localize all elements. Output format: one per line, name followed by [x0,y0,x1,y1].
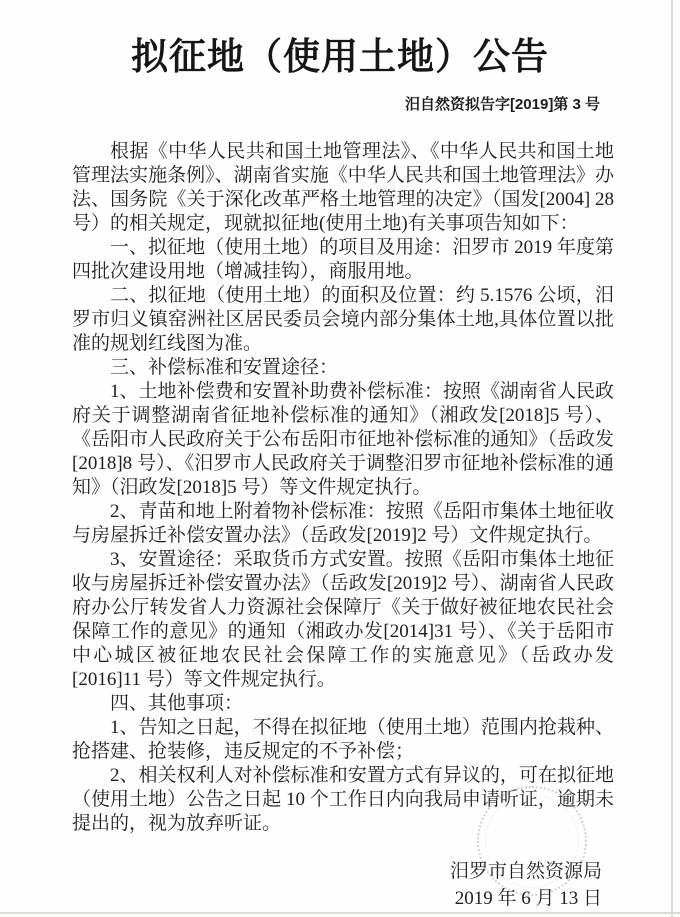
scan-edge-right [671,0,673,917]
signature-block: 汨罗市自然资源局 2019 年 6 月 13 日 [0,858,680,912]
paragraph-land-compensation-standard: 1、土地补偿费和安置补助费补偿标准：按照《湖南省人民政府关于调整湖南省征地补偿标… [72,380,614,500]
document-number: 汨自然资拟告字[2019]第 3 号 [0,93,680,114]
paragraph-crops-compensation-standard: 2、青苗和地上附着物补偿标准：按照《岳阳市集体土地征收与房屋拆迁补偿安置办法》（… [72,500,614,548]
heading-compensation-resettlement: 三、补偿标准和安置途径： [72,356,614,380]
signature-date: 2019 年 6 月 13 日 [0,885,602,912]
page-title: 拟征地（使用土地）公告 [0,0,680,80]
scan-edge-bottom [0,912,680,914]
paragraph-legal-basis: 根据《中华人民共和国土地管理法》、《中华人民共和国土地管理法实施条例》、湖南省实… [72,140,614,236]
paragraph-no-rush-construction: 1、告知之日起，不得在拟征地（使用土地）范围内抢栽种、抢搭建、抢装修，违反规定的… [72,716,614,764]
paragraph-project-purpose: 一、拟征地（使用土地）的项目及用途：汨罗市 2019 年度第四批次建设用地（增减… [72,236,614,284]
signature-agency: 汨罗市自然资源局 [0,858,602,885]
document-page: 拟征地（使用土地）公告 汨自然资拟告字[2019]第 3 号 根据《中华人民共和… [0,0,680,917]
heading-other-matters: 四、其他事项： [72,692,614,716]
document-body: 根据《中华人民共和国土地管理法》、《中华人民共和国土地管理法实施条例》、湖南省实… [0,140,680,836]
paragraph-resettlement-method: 3、安置途径：采取货币方式安置。按照《岳阳市集体土地征收与房屋拆迁补偿安置办法》… [72,548,614,692]
paragraph-area-location: 二、拟征地（使用土地）的面积及位置：约 5.1576 公顷，汨罗市归义镇窑洲社区… [72,284,614,356]
